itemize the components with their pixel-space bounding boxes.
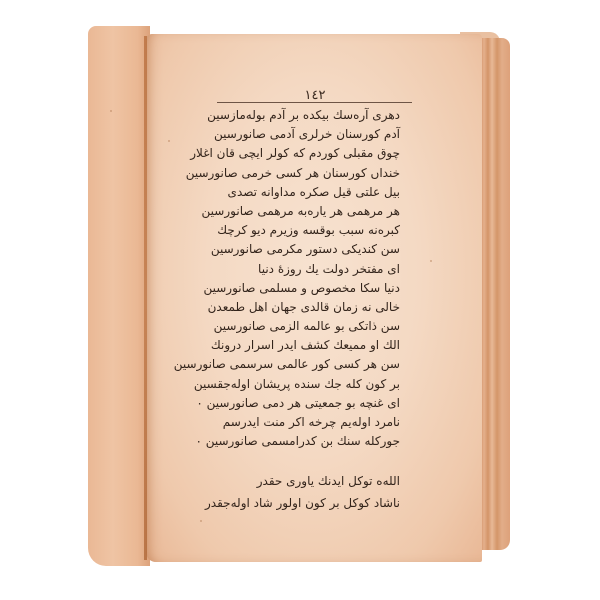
verse-line: الك او مميعك كشف ايدر اسرار درونك <box>220 336 400 355</box>
paper-speck <box>430 260 432 262</box>
verse-line: هر مرهمی هر يارەبه مرهمی صانورسين <box>220 202 400 221</box>
closing-line: الله‌ه توكل ايدنك ياوری حقدر <box>200 470 400 492</box>
page-number: ١٤٢ <box>290 88 340 103</box>
book-photo: ١٤٢ دهری آرەسك بيكده بر آدم بولەمازسين آ… <box>0 0 600 600</box>
verse-line: نامرد اولەيم چرخه اكر منت ايدرسم <box>220 413 400 432</box>
verse-line: كبرەنه سبب بوقسه وزيرم ديو كرچك <box>220 221 400 240</box>
verse-line: سن هر كسی كور عالمی سرسمی صانورسين <box>220 355 400 374</box>
verse-line: دنيا سكا مخصوص و مسلمی صانورسين <box>220 279 400 298</box>
paper-speck <box>110 110 112 112</box>
verse-line: سن ذاتكی بو عالمه الزمی صانورسين <box>220 317 400 336</box>
poem-verses: دهری آرەسك بيكده بر آدم بولەمازسين آدم ك… <box>220 106 400 451</box>
book-gutter <box>144 36 147 560</box>
verse-line: ای غنچه بو جمعيتی هر دمی صانورسين ٠ <box>220 394 400 413</box>
closing-couplet: الله‌ه توكل ايدنك ياوری حقدر ناشاد كوكل … <box>200 470 400 514</box>
verse-line: آدم كورسنان خرلری آدمی صانورسين <box>220 125 400 144</box>
verse-line: چوق مقبلی كوردم كه كولر ايچی قان اغلار <box>220 144 400 163</box>
paper-speck <box>168 140 170 142</box>
paper-speck <box>200 520 202 522</box>
verse-line: سن كنديكی دستور مكرمی صانورسين <box>220 240 400 259</box>
closing-line: ناشاد كوكل بر كون اولور شاد اولەجقدر <box>200 492 400 514</box>
verse-line: جوركله سنك بن كدرامسمی صانورسين ٠ <box>220 432 400 451</box>
verse-line: خنداں كورسنان هر كسی خرمی صانورسين <box>220 164 400 183</box>
verse-line: ای مفتخر دولت يك روزهٔ دنيا <box>220 260 400 279</box>
verse-line: دهری آرەسك بيكده بر آدم بولەمازسين <box>220 106 400 125</box>
verse-line: خالی نه زمان قالدی جهان اهل طمعدن <box>220 298 400 317</box>
verse-line: بر كون كله جك سنده پريشان اولەجقسين <box>220 375 400 394</box>
left-page-edge <box>88 26 150 566</box>
header-rule <box>217 102 412 103</box>
verse-line: بيل علتی قيل صكره مداوانه تصدی <box>220 183 400 202</box>
